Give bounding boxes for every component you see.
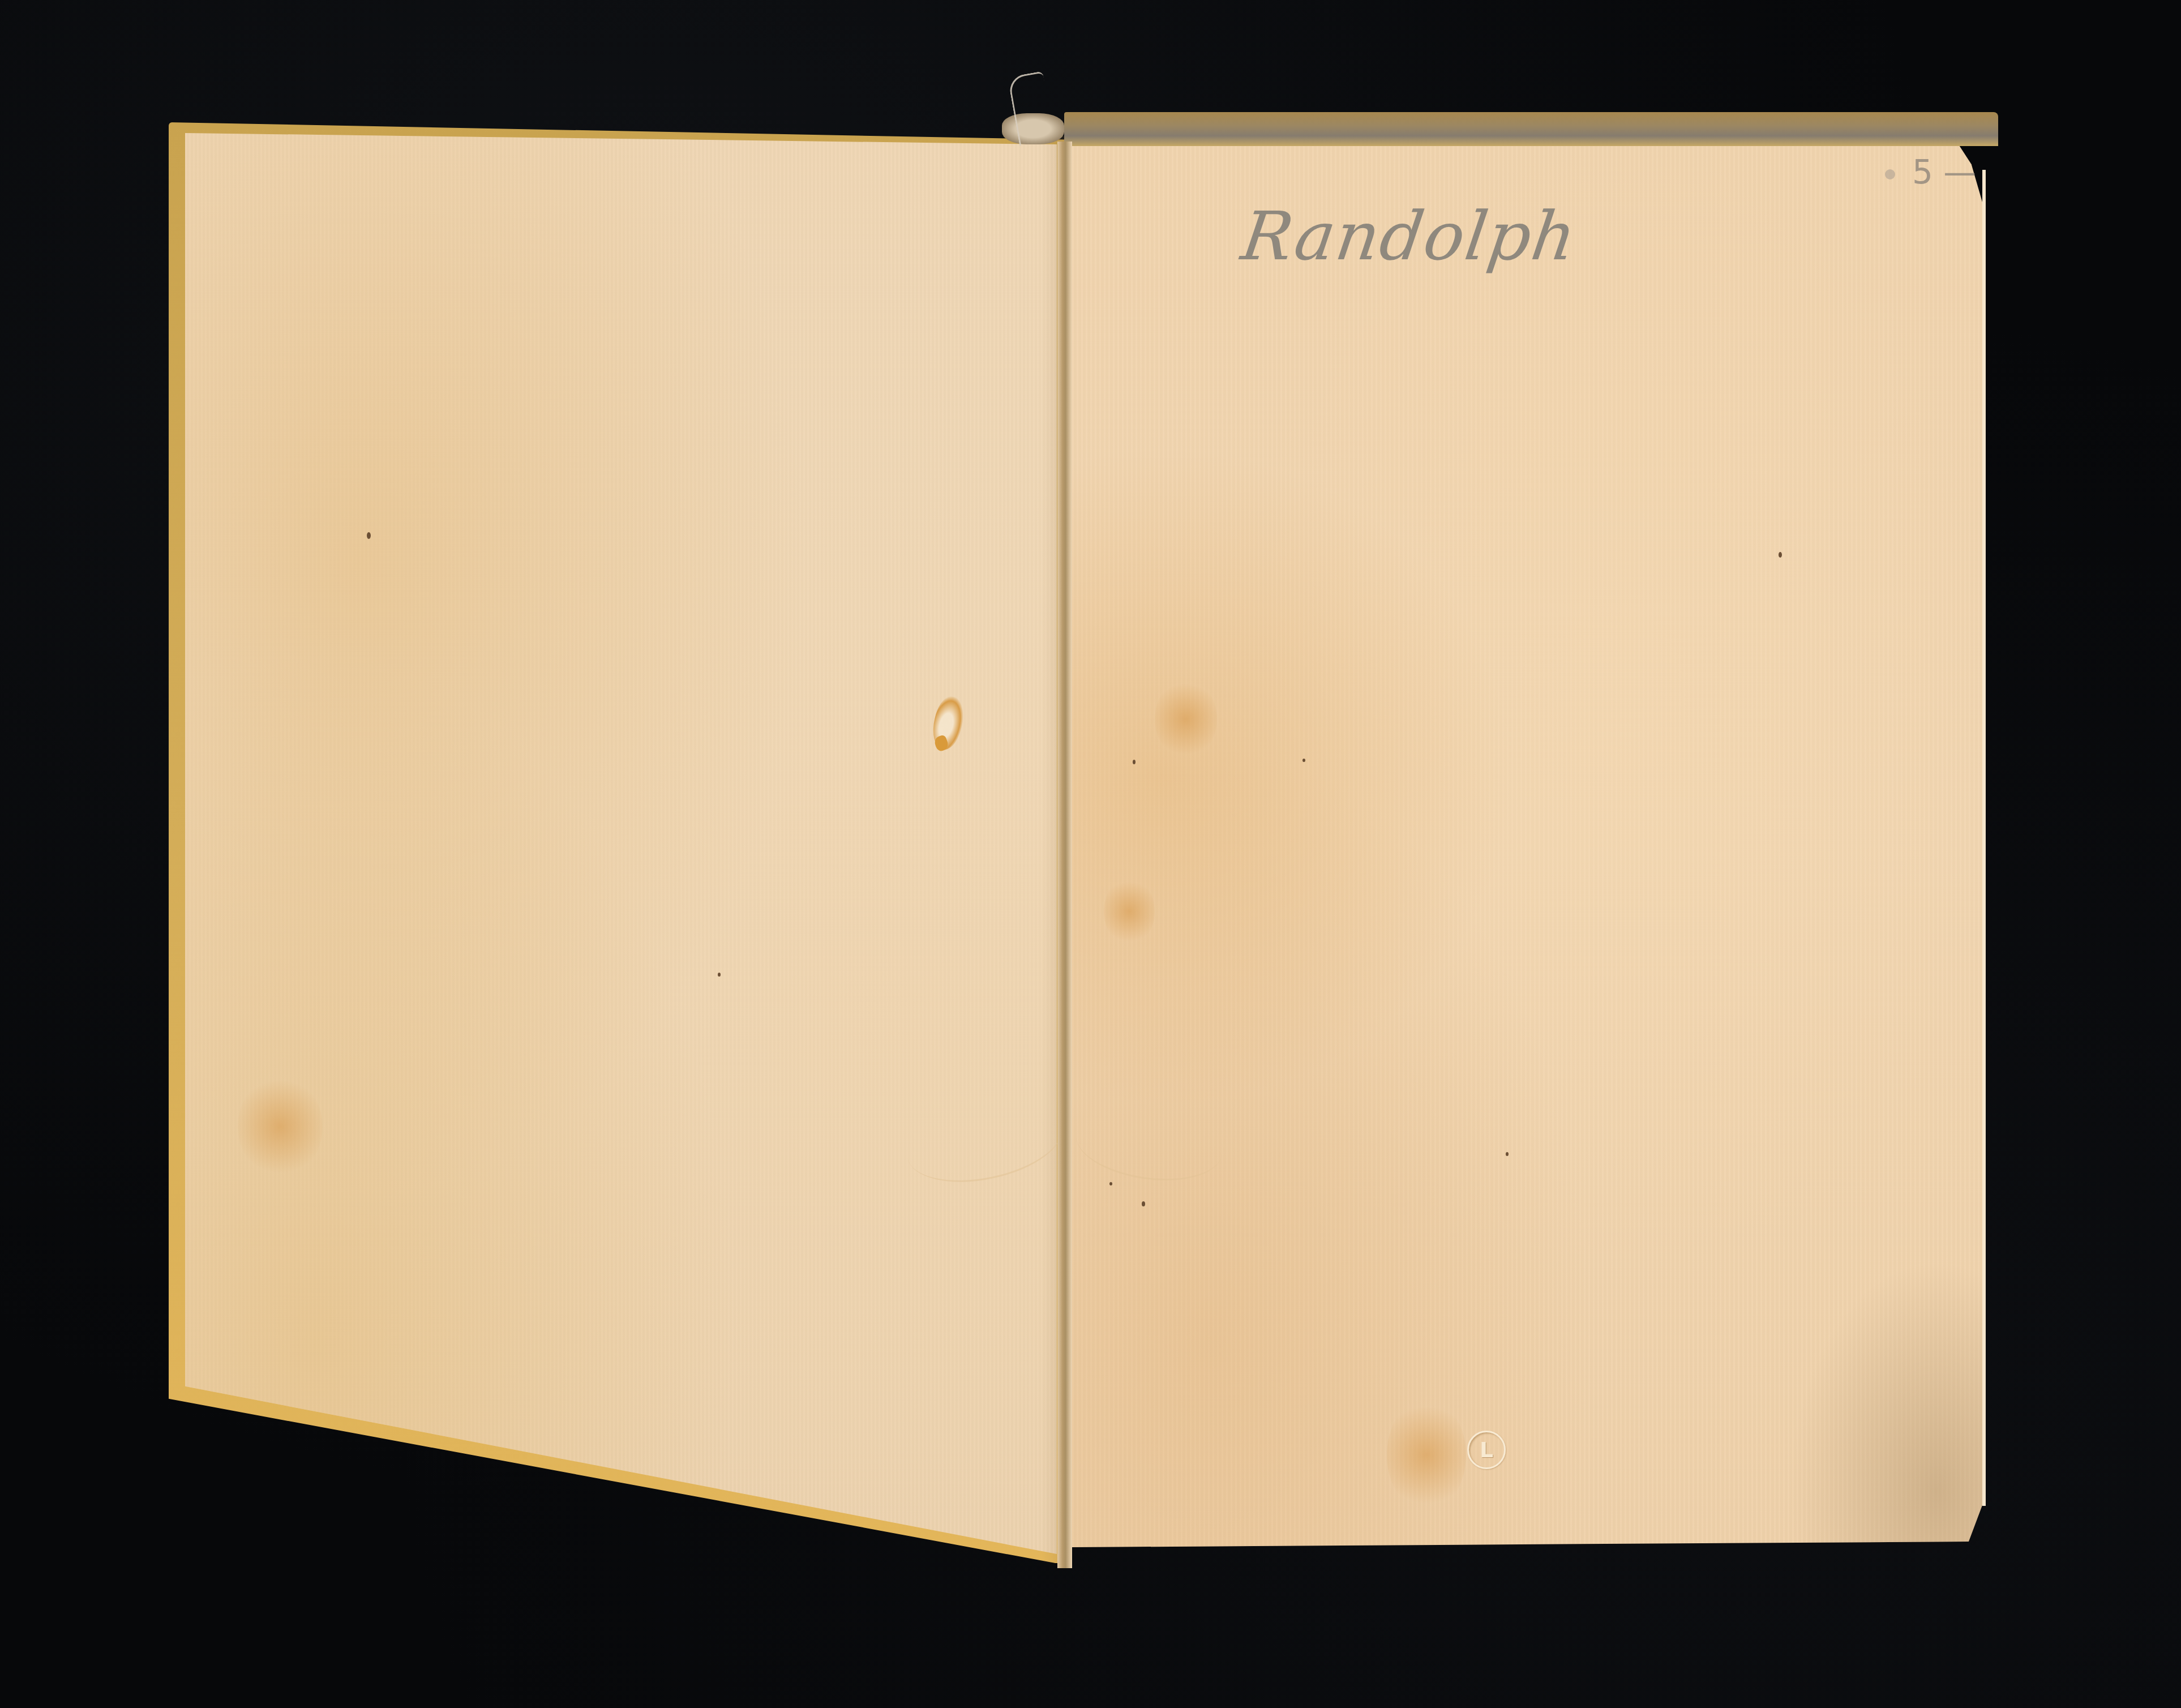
- book-gutter: [1057, 142, 1072, 1568]
- foxing-spot: [1387, 1398, 1466, 1512]
- smudge-dot: [1885, 169, 1895, 179]
- corner-pencil-mark: 5 —: [1885, 153, 1976, 191]
- stamp-letter: L: [1480, 1437, 1493, 1462]
- speck: [1109, 1182, 1112, 1185]
- front-pastedown-page: [185, 133, 1057, 1554]
- page-fore-edge: [1982, 170, 1986, 1506]
- embossed-stamp: L: [1467, 1431, 1506, 1469]
- speck: [1779, 552, 1782, 558]
- speck: [718, 973, 721, 977]
- foxing-spot: [1155, 679, 1217, 759]
- corner-mark-text: 5 —: [1912, 153, 1976, 191]
- speck: [1133, 760, 1136, 764]
- spine-headband: [1064, 112, 1998, 146]
- speck: [1302, 759, 1305, 762]
- speck: [1506, 1152, 1509, 1156]
- speck: [367, 532, 371, 539]
- foxing-spot: [238, 1076, 323, 1178]
- speck: [1142, 1201, 1145, 1206]
- foxing-spot: [1104, 877, 1155, 945]
- pencil-inscription: Randolph: [1237, 197, 1582, 275]
- free-endpaper-page: [1072, 146, 1982, 1547]
